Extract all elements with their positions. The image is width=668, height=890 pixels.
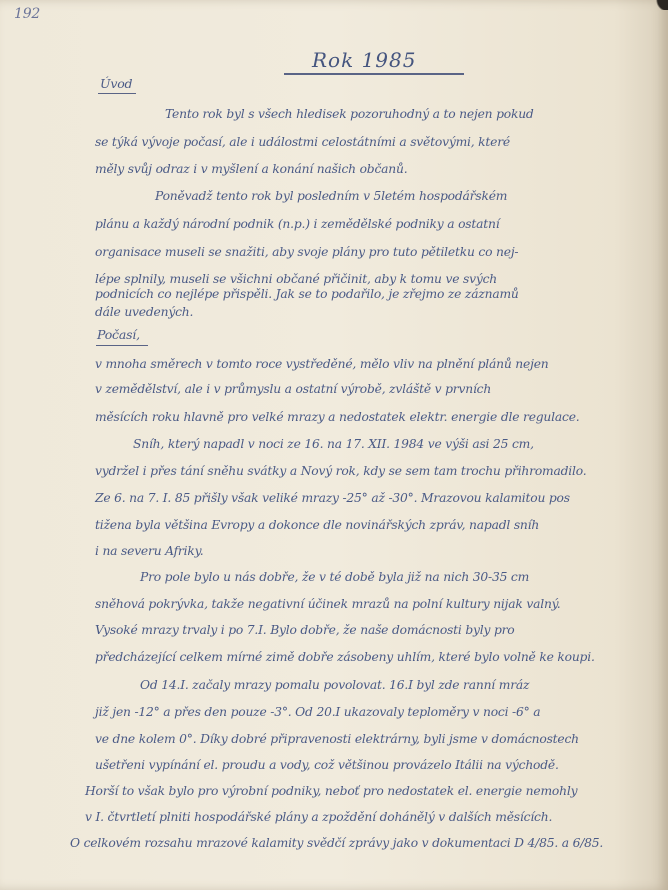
text-line: Tento rok byl s všech hledisek pozoruhod… — [165, 107, 534, 121]
title-underline — [284, 73, 464, 75]
text-line: i na severu Afriky. — [95, 544, 203, 558]
text-line: Od 14.I. začaly mrazy pomalu povolovat. … — [140, 678, 529, 692]
text-line: v mnoha směrech v tomto roce vystředěné,… — [95, 357, 549, 371]
text-line: O celkovém rozsahu mrazové kalamity svěd… — [70, 836, 603, 850]
text-line: tižena byla většina Evropy a dokonce dle… — [95, 518, 539, 532]
text-line: Sníh, který napadl v noci ze 16. na 17. … — [133, 437, 534, 451]
notebook-page: 192 Rok 1985 Úvod Tento rok byl s všech … — [0, 0, 668, 890]
text-line: předcházející celkem mírné zimě dobře zá… — [95, 650, 595, 664]
text-line: sněhová pokrývka, takže negativní účinek… — [95, 597, 561, 611]
text-line: Vysoké mrazy trvaly i po 7.I. Bylo dobře… — [95, 623, 515, 637]
text-line: Horší to však bylo pro výrobní podniky, … — [85, 784, 577, 798]
section-heading-uvod: Úvod — [100, 76, 132, 91]
text-line: měly svůj odraz i v myšlení a konání naš… — [95, 162, 407, 176]
text-line: plánu a každý národní podnik (n.p.) i ze… — [95, 217, 499, 231]
text-line: v zemědělství, ale i v průmyslu a ostatn… — [95, 382, 491, 396]
page-title: Rok 1985 — [312, 48, 416, 72]
text-line: organisace museli se snažiti, aby svoje … — [95, 245, 518, 259]
heading-underline — [96, 345, 148, 346]
text-line: vydržel i přes tání sněhu svátky a Nový … — [95, 464, 586, 478]
text-line: ve dne kolem 0°. Díky dobré připravenost… — [95, 732, 579, 746]
text-line: Poněvadž tento rok byl posledním v 5leté… — [155, 189, 507, 203]
text-line: Ze 6. na 7. I. 85 přišly však veliké mra… — [95, 491, 570, 505]
text-line: podnicích co nejlépe přispěli. Jak se to… — [95, 287, 519, 301]
text-line: měsících roku hlavně pro velké mrazy a n… — [95, 410, 580, 424]
text-line: ušetřeni vypínání el. proudu a vody, což… — [95, 758, 559, 772]
text-line: již jen -12° a přes den pouze -3°. Od 20… — [95, 705, 540, 719]
page-corner-shadow — [654, 0, 668, 10]
text-line: v I. čtvrtletí plniti hospodářské plány … — [85, 810, 552, 824]
page-number: 192 — [14, 6, 40, 22]
heading-underline — [98, 93, 136, 94]
text-line: dále uvedených. — [95, 305, 193, 319]
text-line: se týká vývoje počasí, ale i událostmi c… — [95, 135, 510, 149]
section-heading-pocasi: Počasí, — [97, 327, 140, 342]
text-line: lépe splnily, museli se všichni občané p… — [95, 272, 497, 286]
text-line: Pro pole bylo u nás dobře, že v té době … — [140, 570, 529, 584]
